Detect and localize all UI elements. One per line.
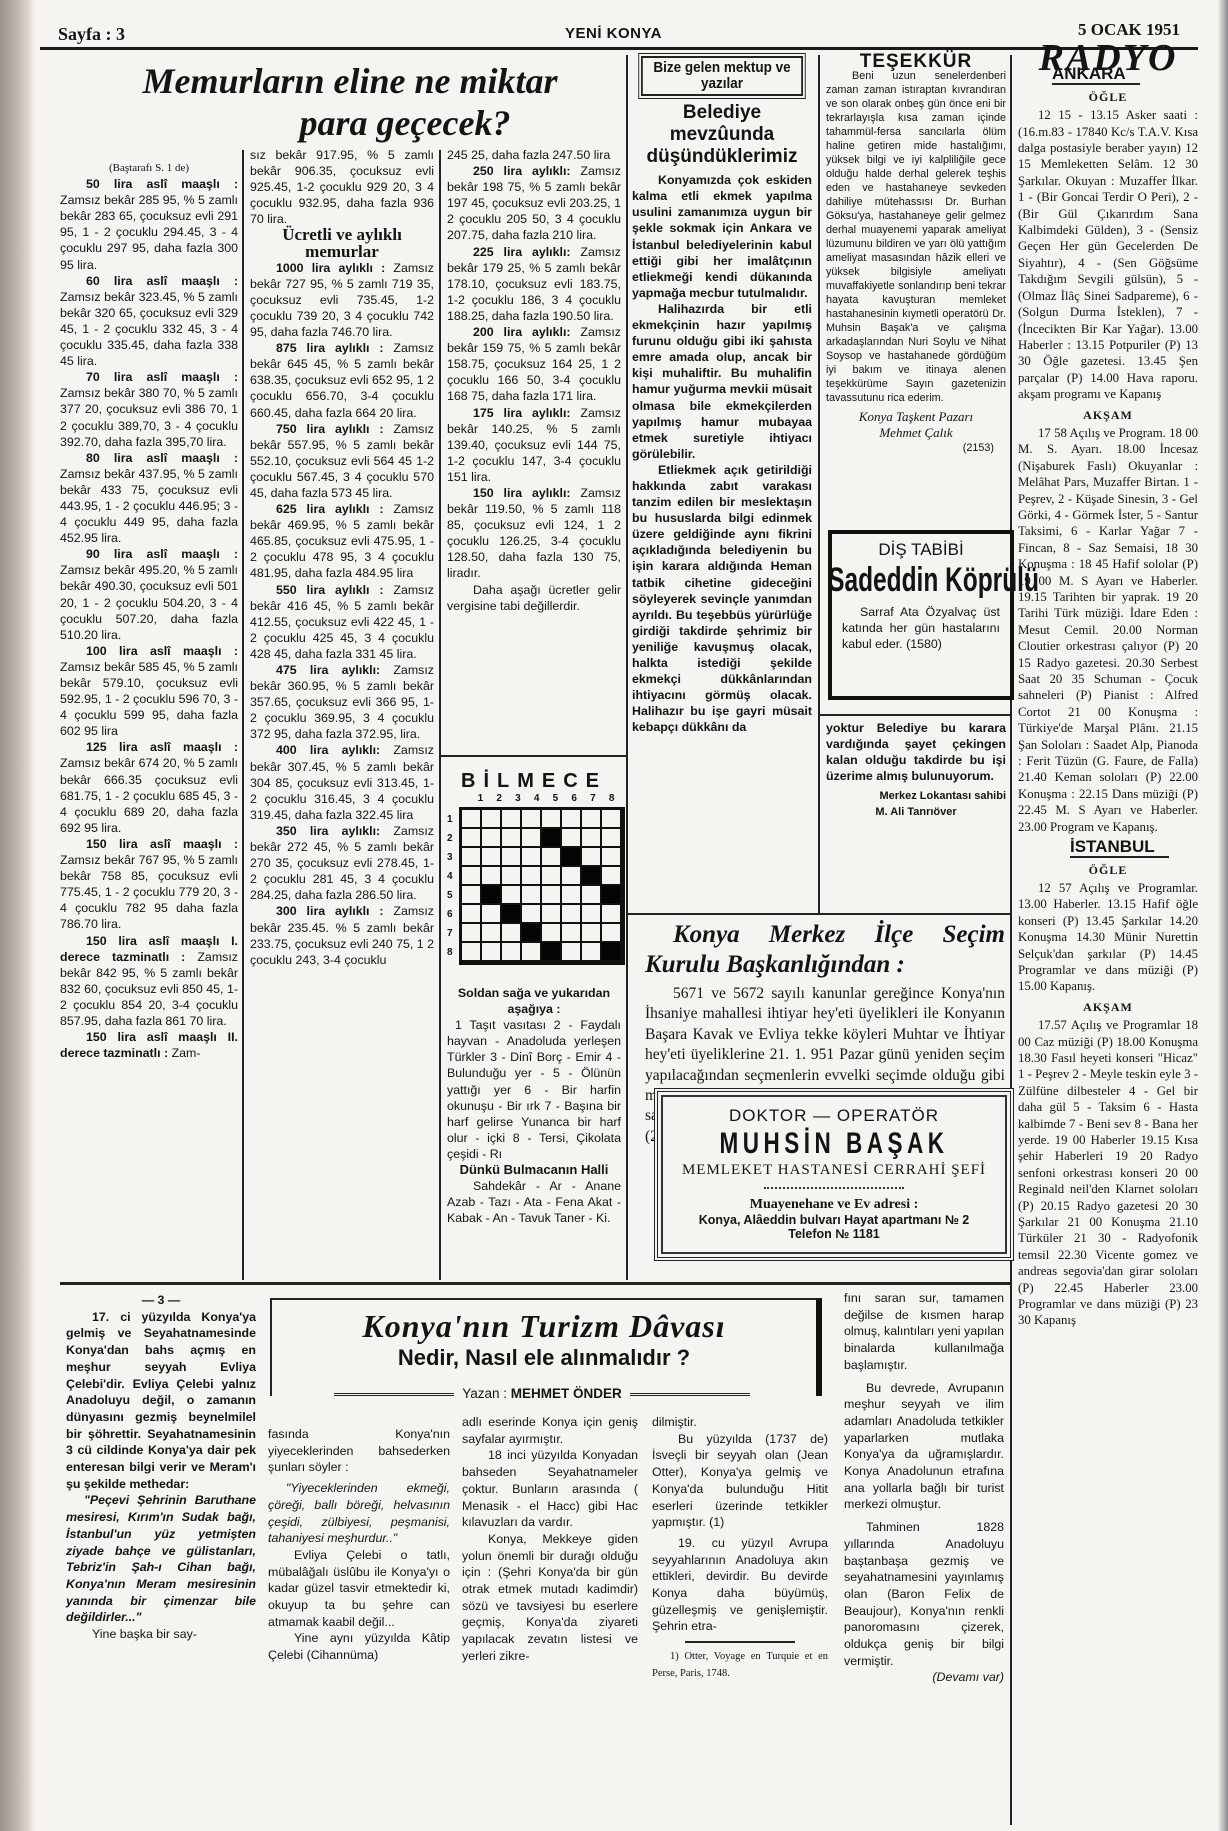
crossword-row-number: 8: [447, 943, 453, 962]
previous-solution: Sahdekâr - Ar - Anane Azab - Tazı - Ata …: [447, 1178, 621, 1226]
crossword-cell[interactable]: [582, 905, 602, 924]
salary-entry-body: Zamsız bekâr 119.50, % 5 zamlı 118 85, ç…: [447, 486, 621, 580]
crossword-cell[interactable]: [502, 886, 522, 905]
crossword-row-number: 1: [447, 810, 453, 829]
memurlar-column-1: (Baştarafı S. 1 de) 50 lira aslî maaşlı …: [60, 160, 238, 1061]
letters-box-title: Bize gelen mektup ve yazılar: [641, 56, 803, 96]
crossword-cell[interactable]: [562, 924, 582, 943]
crossword-cell[interactable]: [462, 810, 482, 829]
crossword-col-number: 4: [527, 793, 546, 804]
decorative-wave: [764, 1181, 904, 1189]
salary-entry: 400 lira aylıklı: Zamsız bekâr 307.45, %…: [250, 742, 434, 822]
salary-entry-head: 90 lira aslî maaşlı :: [60, 547, 238, 561]
salary-entry-head: 100 lira aslî maaşlı :: [60, 644, 238, 658]
doktor-title: MEMLEKET HASTANESİ CERRAHİ ŞEFİ: [658, 1162, 1010, 1179]
crossword-row-number: 5: [447, 886, 453, 905]
salary-entry: 250 lira aylıklı: Zamsız bekâr 198 75, %…: [447, 163, 621, 243]
crossword-black-cell: [562, 848, 582, 867]
crossword-cell[interactable]: [462, 943, 482, 962]
bilmece-crossword: BİLMECE 12345678 12345678: [447, 770, 621, 965]
turizm-col1-quote: "Peçevi Şehrinin Baruthane mesiresi, Kır…: [66, 1492, 256, 1626]
turizm-title-box: Konya'nın Turizm Dâvası Nedir, Nasıl ele…: [270, 1298, 822, 1396]
salary-entry-body: Zam-: [172, 1046, 201, 1060]
ankara-ogle-label: ÖĞLE: [1018, 89, 1198, 105]
crossword-cell[interactable]: [602, 905, 622, 924]
salary-entry: 150 lira aslî maaşlı II. derece tazminat…: [60, 1029, 238, 1061]
crossword-black-cell: [582, 867, 602, 886]
doktor-name: MUHSİN BAŞAK: [702, 1126, 966, 1162]
salary-entry-body: Zamsız bekâr 380 70, % 5 zamlı 377 20, ç…: [60, 386, 238, 448]
crossword-cell[interactable]: [462, 924, 482, 943]
bilmece-title: BİLMECE: [447, 770, 621, 793]
salary-entry-head: 125 lira aslî maaşlı :: [60, 740, 238, 754]
secim-title: Konya Merkez İlçe Seçim Kurulu Başkanlığ…: [645, 920, 1005, 980]
crossword-cell[interactable]: [602, 810, 622, 829]
salary-entry: 300 lira aylıklı : Zamsız bekâr 235.45. …: [250, 903, 434, 967]
salary-entry-head: 200 lira aylıklı:: [447, 325, 571, 339]
tesekkur-signature-2: Mehmet Çalık: [826, 425, 1006, 441]
salary-entry: 200 lira aylıklı: Zamsız bekâr 159 75, %…: [447, 324, 621, 404]
continued-marker: (Devamı var): [844, 1669, 1004, 1686]
salary-entry-body: Zamsız bekâr 495.20, % 5 zamlı bekâr 490…: [60, 563, 238, 641]
headline-line-2: para geçecek?: [90, 102, 610, 144]
turizm-title: Konya'nın Turizm Dâvası: [272, 1308, 816, 1345]
crossword-cell[interactable]: [602, 924, 622, 943]
mektup-column: Bize gelen mektup ve yazılar Belediye me…: [632, 56, 812, 735]
crossword-cell[interactable]: [562, 886, 582, 905]
turizm-byline: Yazan : MEHMET ÖNDER: [270, 1386, 814, 1401]
section-number: — 3 —: [66, 1292, 256, 1309]
newspaper-name: YENİ KONYA: [565, 25, 662, 42]
salary-entry: 150 lira aslî maaşlı I. derece tazminatl…: [60, 933, 238, 1030]
salary-entry-head: 875 lira aylıklı :: [250, 341, 383, 355]
crossword-cell[interactable]: [582, 810, 602, 829]
crossword-cell[interactable]: [582, 886, 602, 905]
headline-line-1: Memurların eline ne miktar: [90, 60, 610, 102]
crossword-black-cell: [522, 924, 542, 943]
crossword-cell[interactable]: [522, 943, 542, 962]
turizm-col3-text: adlı eserinde Konya için geniş sayfalar …: [462, 1414, 638, 1447]
crossword-cell[interactable]: [502, 810, 522, 829]
salary-entry-head: 50 lira aslî maaşlı :: [60, 177, 238, 191]
turizm-column-1: — 3 — 17. ci yüzyılda Konya'ya gelmiş ve…: [66, 1292, 256, 1643]
ankara-heading: ANKARA: [1052, 66, 1140, 84]
newspaper-page: Sayfa : 3 YENİ KONYA 5 OCAK 1951 Memurla…: [0, 0, 1228, 1831]
salary-entry-head: 70 lira aslî maaşlı :: [60, 370, 238, 384]
crossword-cell[interactable]: [482, 810, 502, 829]
crossword-cell[interactable]: [522, 905, 542, 924]
col3-outro: Daha aşağı ücretler gelir vergisine tabi…: [447, 582, 621, 614]
previous-solution-title: Dünkü Bulmacanın Halli: [447, 1162, 621, 1178]
column-rule: [818, 55, 820, 913]
turizm-column-2: fasında Konya'nın yiyeceklerinden bahsed…: [268, 1426, 450, 1664]
istanbul-aksam-label: AKŞAM: [1018, 999, 1198, 1015]
crossword-column-numbers: 12345678: [471, 793, 621, 804]
turizm-column-4: dilmiştir. Bu yüzyılda (1737 de) İsveçli…: [652, 1414, 828, 1683]
tesekkur-ad-number: (2153): [826, 441, 1006, 455]
turizm-col2-quote: "Yiyeceklerinden ekmeği, çöreği, ballı b…: [268, 1480, 450, 1547]
salary-entry-head: 80 lira aslî maaşlı :: [60, 451, 238, 465]
crossword-cell[interactable]: [542, 848, 562, 867]
salary-entry: 125 lira aslî maaşlı : Zamsız bekâr 674 …: [60, 739, 238, 836]
salary-entry: 70 lira aslî maaşlı : Zamsız bekâr 380 7…: [60, 369, 238, 449]
salary-entry-body: Zamsız bekâr 585 45, % 5 zamlı bekâr 579…: [60, 660, 238, 738]
crossword-cell[interactable]: [562, 810, 582, 829]
crossword-cell[interactable]: [522, 829, 542, 848]
crossword-cell[interactable]: [562, 943, 582, 962]
tesekkur-notice: TEŞEKKÜR Beni uzun senelerdenberi zaman …: [826, 55, 1006, 455]
doktor-operator-label: DOKTOR — OPERATÖR: [658, 1106, 1010, 1126]
mektup-paragraph: Etliekmek açık getirildiği hakkında zabı…: [632, 462, 812, 736]
salary-entry-body: Zamsız bekâr 674 20, % 5 zamlı bekâr 666…: [60, 756, 238, 834]
istanbul-ogle-program: 12 57 Açılış ve Programlar. 13.00 Haberl…: [1018, 880, 1198, 995]
crossword-cell[interactable]: [482, 905, 502, 924]
bilmece-clues: Soldan sağa ve yukarıdan aşağıya : 1 Taş…: [447, 985, 621, 1226]
salary-entry: 50 lira aslî maaşlı : Zamsız bekâr 285 9…: [60, 176, 238, 273]
salary-entry-head: 300 lira aylıklı :: [250, 904, 383, 918]
crossword-col-number: 2: [490, 793, 509, 804]
salary-entry: 750 lira aylıklı : Zamsız bekâr 557.95, …: [250, 421, 434, 501]
crossword-cell[interactable]: [502, 867, 522, 886]
turizm-subtitle: Nedir, Nasıl ele alınmalıdır ?: [272, 1345, 816, 1371]
crossword-cell[interactable]: [562, 867, 582, 886]
crossword-cell[interactable]: [522, 810, 542, 829]
istanbul-aksam-program: 17.57 Açılış ve Programlar 18 00 Caz müz…: [1018, 1017, 1198, 1329]
column-rule: [1010, 55, 1012, 1825]
crossword-cell[interactable]: [542, 905, 562, 924]
salary-entry: 175 lira aylıklı: Zamsız bekâr 140.25, %…: [447, 405, 621, 485]
crossword-cell[interactable]: [582, 924, 602, 943]
salary-entry: 875 lira aylıklı : Zamsız bekâr 645 45, …: [250, 340, 434, 420]
ankara-ogle-program: 12 15 - 13.15 Asker saati : (16.m.83 - 1…: [1018, 107, 1198, 402]
crossword-cell[interactable]: [462, 905, 482, 924]
salary-entry-head: 150 lira aslî maaşlı :: [60, 837, 238, 851]
crossword-cell[interactable]: [522, 886, 542, 905]
page-number: Sayfa : 3: [58, 24, 125, 45]
mektup-continuation: yoktur Belediye bu karara vardığında şay…: [826, 720, 1006, 821]
turizm-col5-text-b: Bu devrede, Avrupanın meşhur seyyah ve i…: [844, 1380, 1004, 1514]
section-divider: [626, 913, 1010, 915]
crossword-black-cell: [482, 886, 502, 905]
dis-tabibi-label: DİŞ TABİBİ: [832, 540, 1010, 560]
crossword-black-cell: [542, 829, 562, 848]
ankara-aksam-label: AKŞAM: [1018, 407, 1198, 423]
turizm-col2-text-c: Yine aynı yüzyılda Kâtip Çelebi (Cihannü…: [268, 1630, 450, 1663]
col3-intro: 245 25, daha fazla 247.50 lira: [447, 147, 621, 163]
salary-entry: 150 lira aylıklı: Zamsız bekâr 119.50, %…: [447, 485, 621, 582]
doktor-muhsin-basak-ad: DOKTOR — OPERATÖR MUHSİN BAŞAK MEMLEKET …: [654, 1088, 1014, 1261]
crossword-cell[interactable]: [502, 829, 522, 848]
crossword-black-cell: [602, 943, 622, 962]
salary-entry: 90 lira aslî maaşlı : Zamsız bekâr 495.2…: [60, 546, 238, 643]
column-rule: [242, 150, 244, 1280]
crossword-cell[interactable]: [502, 943, 522, 962]
dis-tabibi-ad-number: (1580): [906, 637, 942, 651]
crossword-black-cell: [602, 886, 622, 905]
salary-entry: 100 lira aslî maaşlı : Zamsız bekâr 585 …: [60, 643, 238, 740]
tesekkur-signature-1: Konya Taşkent Pazarı: [826, 409, 1006, 425]
crossword-cell[interactable]: [582, 848, 602, 867]
crossword-cell[interactable]: [482, 943, 502, 962]
crossword-cell[interactable]: [482, 924, 502, 943]
tesekkur-body: Beni uzun senelerdenberi zaman zaman ist…: [826, 69, 1006, 405]
crossword-col-number: 6: [565, 793, 584, 804]
mektup-signature-2: M. Ali Tanrıöver: [826, 804, 1006, 820]
salary-entry: 1000 lira aylıklı : Zamsız bekâr 727 95,…: [250, 260, 434, 340]
crossword-col-number: 5: [546, 793, 565, 804]
clue-direction: Soldan sağa ve yukarıdan aşağıya :: [447, 985, 621, 1017]
page-edge-shadow-right: [1218, 0, 1228, 1831]
crossword-grid[interactable]: [459, 807, 625, 965]
radyo-program: RADYO ANKARA ÖĞLE 12 15 - 13.15 Asker sa…: [1018, 50, 1198, 1329]
crossword-cell[interactable]: [542, 867, 562, 886]
istanbul-heading: İSTANBUL: [1070, 839, 1169, 857]
salary-entry: 475 lira aylıklı: Zamsız bekâr 360.95, %…: [250, 662, 434, 742]
crossword-col-number: 3: [509, 793, 528, 804]
salary-entry-head: 225 lira aylıklı:: [447, 245, 571, 259]
crossword-row-number: 2: [447, 829, 453, 848]
address-label: Muayenehane ve Ev adresi :: [658, 1197, 1010, 1213]
crossword-cell[interactable]: [462, 848, 482, 867]
crossword-row-number: 3: [447, 848, 453, 867]
crossword-col-number: 7: [584, 793, 603, 804]
crossword-row-number: 6: [447, 905, 453, 924]
turizm-col5-text-c: Tahminen 1828 yıllarında Anadoluyu başta…: [844, 1519, 1004, 1669]
page-edge-shadow: [0, 0, 34, 1831]
crossword-cell[interactable]: [522, 848, 542, 867]
author-name: MEHMET ÖNDER: [511, 1386, 622, 1401]
turizm-col3-text-c: Konya, Mekkeye giden yolun önemli bir du…: [462, 1531, 638, 1665]
ucretli-subhead: Ücretli ve aylıklı memurlar: [250, 227, 434, 259]
salary-entry-head: 150 lira aslî maaşlı II. derece tazminat…: [60, 1030, 238, 1060]
crossword-cell[interactable]: [582, 829, 602, 848]
salary-entry-body: Zamsız bekâr 323.45, % 5 zamlı bekâr 320…: [60, 290, 238, 368]
crossword-cell[interactable]: [542, 810, 562, 829]
mektup-continuation-text: yoktur Belediye bu karara vardığında şay…: [826, 720, 1006, 784]
crossword-row-number: 7: [447, 924, 453, 943]
column-rule: [439, 150, 441, 1280]
continued-note: (Baştarafı S. 1 de): [60, 160, 238, 176]
salary-entry-head: 750 lira aylıklı :: [250, 422, 383, 436]
tesekkur-title: TEŞEKKÜR: [826, 55, 1006, 69]
turizm-col1-end: Yine başka bir say-: [66, 1626, 256, 1643]
footnote-rule: [685, 1641, 795, 1643]
crossword-cell[interactable]: [602, 829, 622, 848]
turizm-col4-text-c: 19. cu yüzyıl Avrupa seyyahlarının Anado…: [652, 1535, 828, 1635]
salary-entry-head: 625 lira aylıklı :: [250, 502, 383, 516]
salary-entry-head: 350 lira aylıklı:: [250, 824, 380, 838]
crossword-cell[interactable]: [482, 867, 502, 886]
crossword-cell[interactable]: [542, 886, 562, 905]
doktor-phone: Telefon № 1181: [658, 1227, 1010, 1241]
salary-entry: 625 lira aylıklı : Zamsız bekâr 469.95, …: [250, 501, 434, 581]
turizm-col2-text: fasında Konya'nın yiyeceklerinden bahsed…: [268, 1426, 450, 1476]
salary-entry-head: 250 lira aylıklı:: [447, 164, 571, 178]
belediye-headline: Belediye mevzûunda düşündüklerimiz: [632, 102, 812, 168]
crossword-cell[interactable]: [582, 943, 602, 962]
crossword-col-number: 1: [471, 793, 490, 804]
crossword-cell[interactable]: [462, 829, 482, 848]
salary-entry-head: 475 lira aylıklı:: [250, 663, 380, 677]
crossword-cell[interactable]: [462, 886, 482, 905]
crossword-cell[interactable]: [562, 905, 582, 924]
memurlar-column-2: sız bekâr 917.95, % 5 zamlı bekâr 906.35…: [250, 147, 434, 968]
memurlar-column-3: 245 25, daha fazla 247.50 lira 250 lira …: [447, 147, 621, 614]
salary-entry: 60 lira aslî maaşlı : Zamsız bekâr 323.4…: [60, 273, 238, 370]
salary-entry: 550 lira aylıklı : Zamsız bekâr 416 45, …: [250, 582, 434, 662]
turizm-col2-text-b: Evliya Çelebi o tatlı, mübalâğalı üslûbu…: [268, 1547, 450, 1631]
salary-entry-head: 550 lira aylıklı :: [250, 583, 383, 597]
doktor-address: Konya, Alâeddin bulvarı Hayat apartmanı …: [658, 1213, 1010, 1227]
salary-entry-body: Zamsız bekâr 767 95, % 5 zamlı bekâr 758…: [60, 853, 238, 931]
byline-prefix: Yazan :: [462, 1386, 507, 1401]
turizm-col1-text: 17. ci yüzyılda Konya'ya gelmiş ve Seyah…: [66, 1309, 256, 1493]
crossword-cell[interactable]: [542, 924, 562, 943]
crossword-cell[interactable]: [522, 867, 542, 886]
crossword-cell[interactable]: [462, 867, 482, 886]
crossword-cell[interactable]: [602, 848, 622, 867]
turizm-col4-text: dilmiştir.: [652, 1414, 828, 1431]
salary-entry-head: 150 lira aylıklı:: [447, 486, 571, 500]
salary-entry-head: 175 lira aylıklı:: [447, 406, 571, 420]
istanbul-ogle-label: ÖĞLE: [1018, 862, 1198, 878]
salary-entry-body: Zamsız bekâr 437.95, % 5 zamlı bekâr 433…: [60, 467, 238, 545]
footnote: 1) Otter, Voyage en Turquie et en Perse,…: [652, 1649, 828, 1682]
salary-entry-head: 400 lira aylıklı:: [250, 743, 380, 757]
crossword-cell[interactable]: [562, 829, 582, 848]
ankara-aksam-program: 17 58 Açılış ve Program. 18 00 M. S. Aya…: [1018, 425, 1198, 835]
memurlar-headline: Memurların eline ne miktar para geçecek?: [90, 60, 610, 144]
turizm-col3-text-b: 18 inci yüzyılda Konyadan bahseden Seyah…: [462, 1447, 638, 1531]
turizm-col4-text-b: Bu yüzyılda (1737 de) İsveçli bir seyyah…: [652, 1431, 828, 1531]
mektup-signature-1: Merkez Lokantası sahibi: [826, 788, 1006, 804]
turizm-column-5: fını saran sur, tamamen değilse de kısme…: [844, 1290, 1004, 1686]
salary-entry-head: 1000 lira aylıklı :: [250, 261, 385, 275]
salary-entry-head: 60 lira aslî maaşlı :: [60, 274, 238, 288]
crossword-row-numbers: 12345678: [447, 810, 453, 965]
mektup-paragraph: Halihazırda bir etli ekmekçinin hazır ya…: [632, 301, 812, 462]
section-divider: [818, 714, 1010, 716]
crossword-black-cell: [542, 943, 562, 962]
salary-entry: 225 lira aylıklı: Zamsız bekâr 179 25, %…: [447, 244, 621, 324]
crossword-black-cell: [502, 905, 522, 924]
crossword-row-number: 4: [447, 867, 453, 886]
crossword-cell[interactable]: [482, 848, 502, 867]
turizm-column-3: adlı eserinde Konya için geniş sayfalar …: [462, 1414, 638, 1665]
salary-entry: 350 lira aylıklı: Zamsız bekâr 272 45, %…: [250, 823, 434, 903]
salary-entry: 80 lira aslî maaşlı : Zamsız bekâr 437.9…: [60, 450, 238, 547]
salary-entry-body: Zamsız bekâr 285 95, % 5 zamlı bekâr 283…: [60, 193, 238, 271]
clue-text: 1 Taşıt vasıtası 2 - Faydalı hayvan - An…: [447, 1017, 621, 1162]
section-divider: [439, 755, 626, 757]
crossword-col-number: 8: [602, 793, 621, 804]
dis-tabibi-ad: DİŞ TABİBİ Sadeddin Köprülü Sarraf Ata Ö…: [828, 530, 1014, 700]
crossword-cell[interactable]: [502, 848, 522, 867]
salary-entry: 150 lira aslî maaşlı : Zamsız bekâr 767 …: [60, 836, 238, 933]
section-divider: [60, 1282, 1010, 1285]
mektup-paragraph: Konyamızda çok eskiden kalma etli ekmek …: [632, 172, 812, 301]
col2-intro: sız bekâr 917.95, % 5 zamlı bekâr 906.35…: [250, 147, 434, 227]
column-rule: [626, 55, 628, 1280]
turizm-col5-text: fını saran sur, tamamen değilse de kısme…: [844, 1290, 1004, 1374]
crossword-cell[interactable]: [502, 924, 522, 943]
crossword-cell[interactable]: [602, 867, 622, 886]
crossword-cell[interactable]: [482, 829, 502, 848]
dis-tabibi-name: Sadeddin Köprülü: [828, 560, 1014, 600]
